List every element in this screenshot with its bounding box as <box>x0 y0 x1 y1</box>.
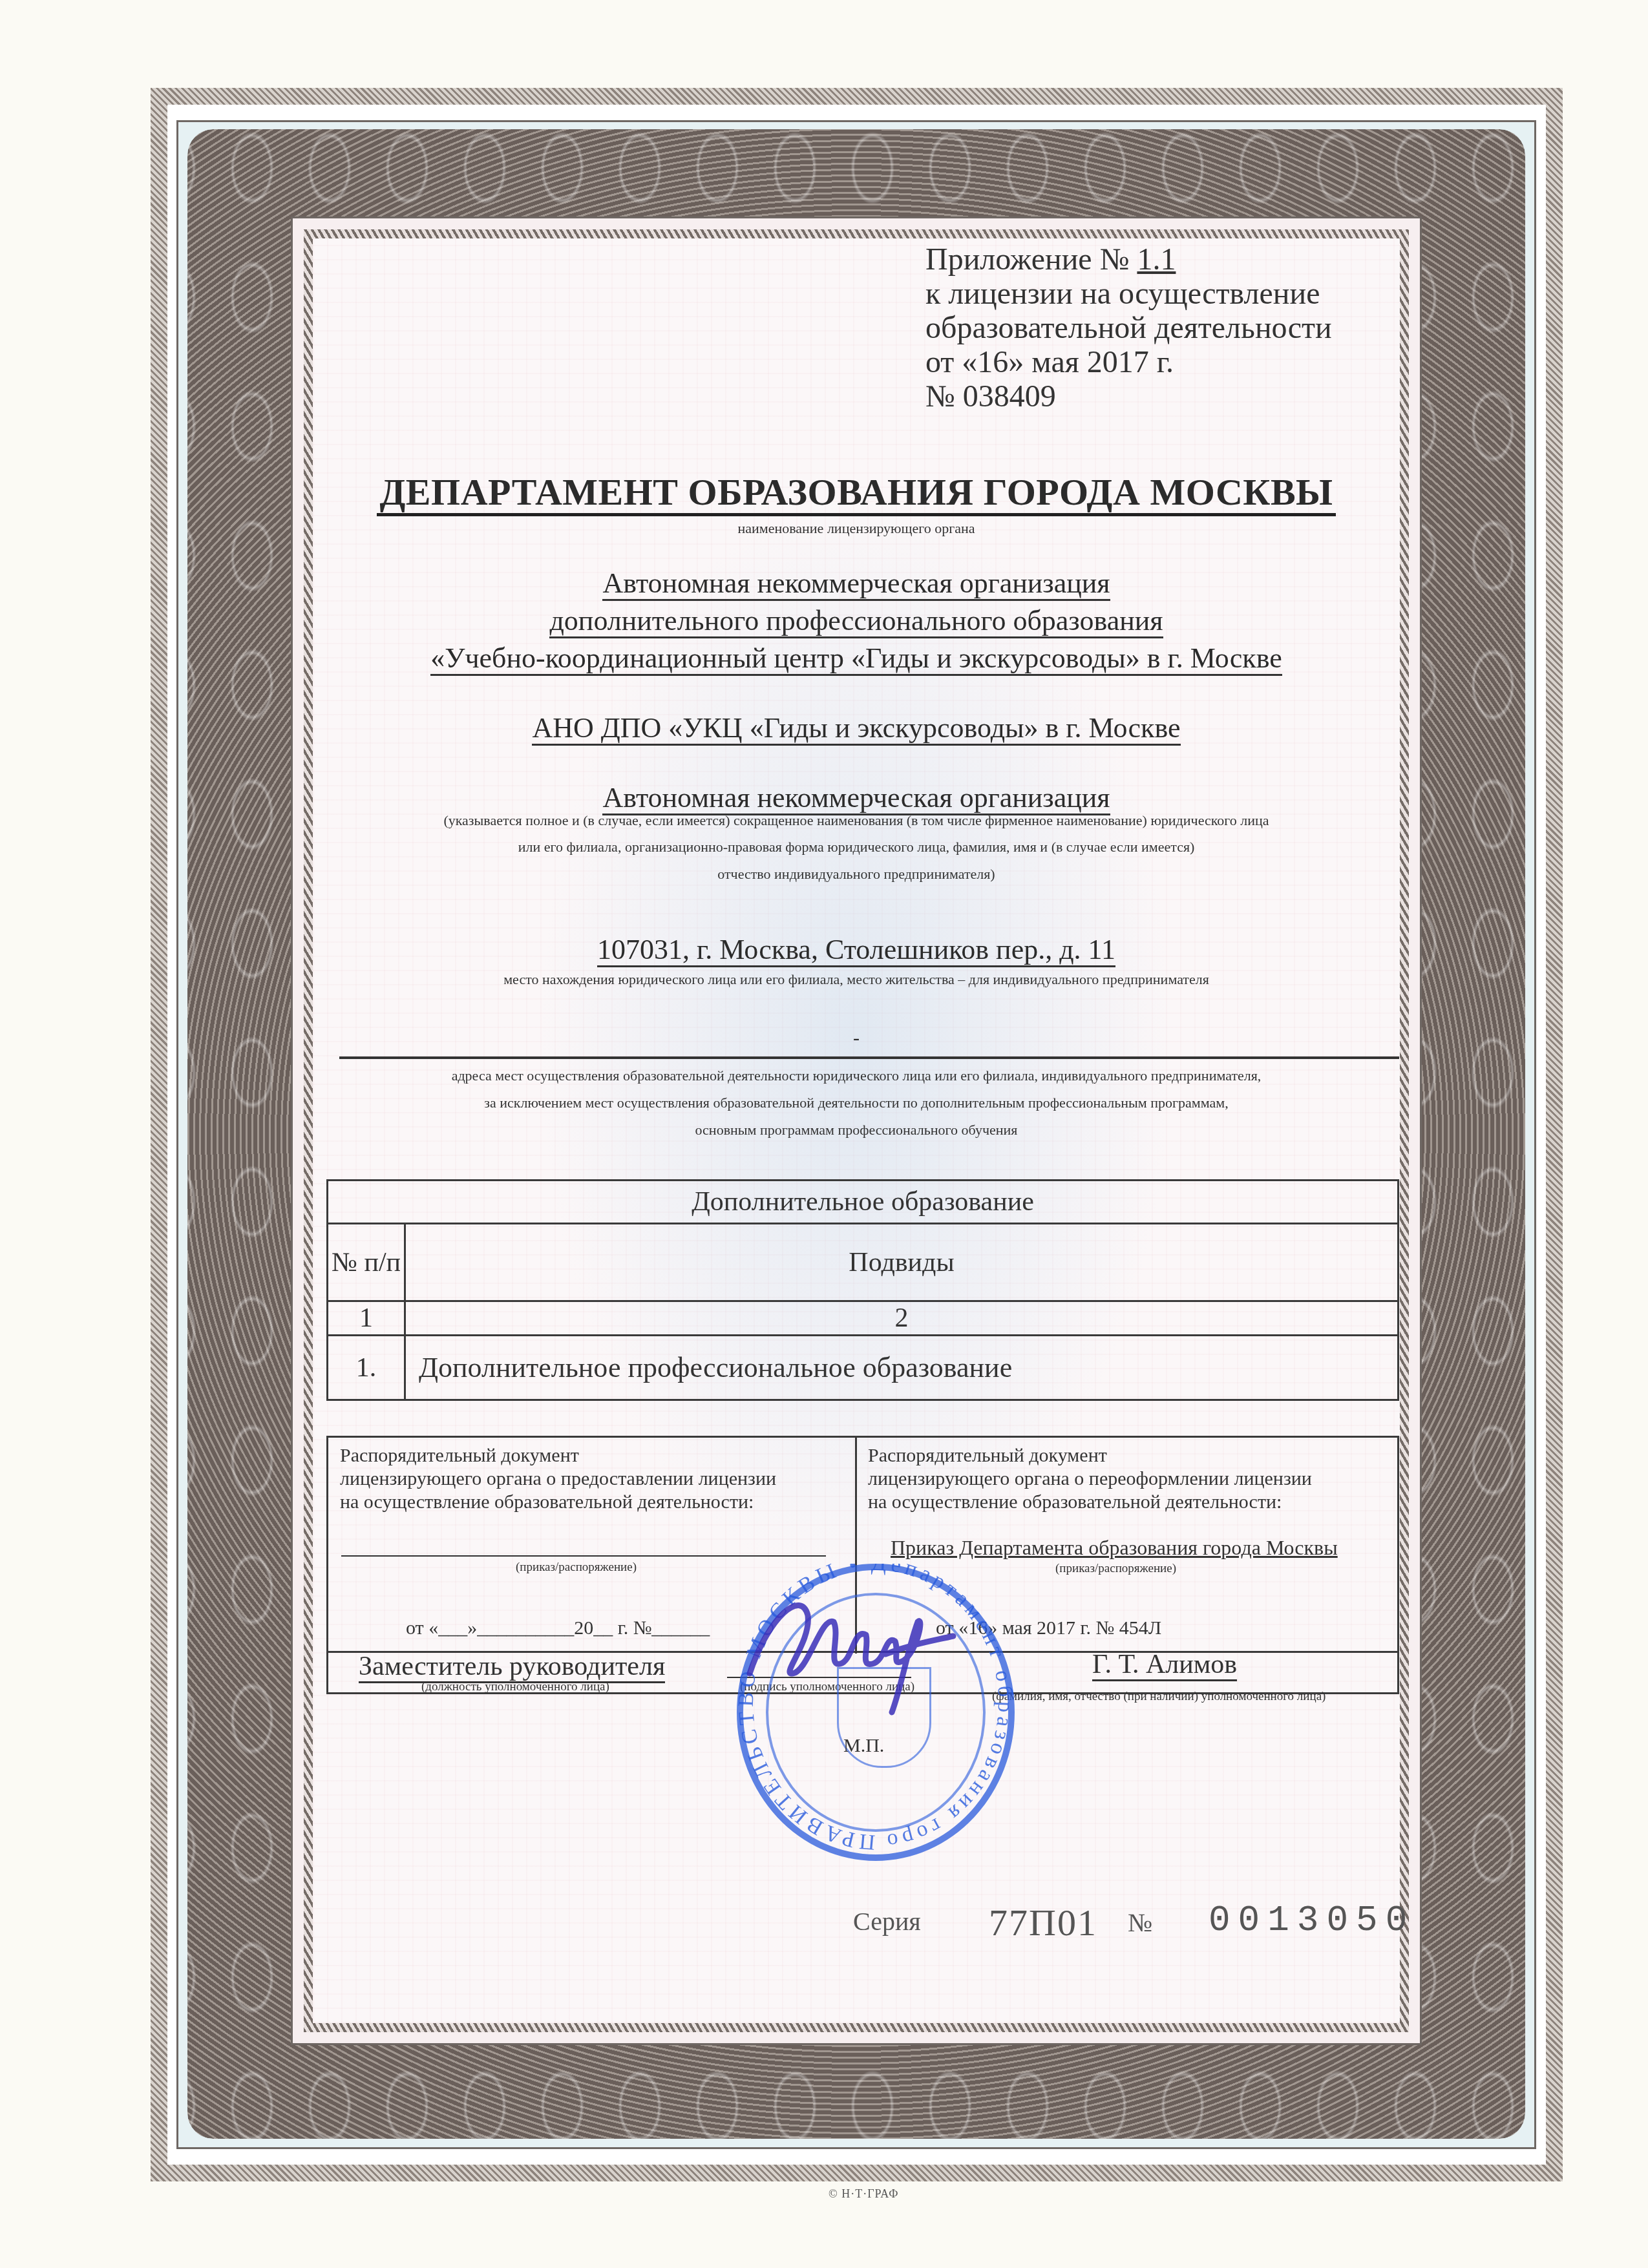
activity-caption-line: основным программам профессионального об… <box>313 1122 1400 1139</box>
title-line: лицензирующего органа о предоставлении л… <box>340 1467 776 1491</box>
org-address-text: 107031, г. Москва, Столешников пер., д. … <box>597 934 1115 967</box>
table-row: 1. Дополнительное профессиональное образ… <box>328 1336 1399 1400</box>
authority-caption: наименование лицензирующего органа <box>313 520 1400 537</box>
licensing-authority: ДЕПАРТАМЕНТ ОБРАЗОВАНИЯ ГОРОДА МОСКВЫ <box>313 470 1400 514</box>
appendix-line: к лицензии на осуществление <box>925 277 1332 311</box>
number-label: № <box>1128 1907 1152 1938</box>
handwritten-signature-icon <box>730 1577 963 1719</box>
appendix-number: 1.1 <box>1137 242 1176 277</box>
activity-caption-line: адреса мест осуществления образовательно… <box>313 1067 1400 1084</box>
series-label: Серия <box>853 1906 921 1937</box>
org-caption-line: или его филиала, организационно-правовая… <box>313 839 1400 856</box>
col-number-header: № п/п <box>328 1224 405 1301</box>
org-full-name-line-2: дополнительного профессионального образо… <box>313 605 1400 637</box>
reissue-order-title: Распорядительный документ лицензирующего… <box>868 1444 1312 1514</box>
name-caption: (фамилия, имя, отчество (при наличии) уп… <box>992 1690 1326 1704</box>
appendix-label: Приложение № <box>925 242 1137 277</box>
address-caption: место нахождения юридического лица или е… <box>313 971 1400 988</box>
reissue-order-value: Приказ Департамента образования города М… <box>891 1536 1338 1560</box>
position-caption: (должность уполномоченного лица) <box>421 1680 609 1694</box>
title-line: лицензирующего органа о переоформлении л… <box>868 1467 1312 1491</box>
printer-mark: © Н·Т·ГРАФ <box>829 2187 898 2201</box>
appendix-header: Приложение № 1.1 к лицензии на осуществл… <box>925 242 1332 414</box>
row-subtype: Дополнительное профессиональное образова… <box>405 1336 1399 1400</box>
number-label-text: № <box>1128 1908 1152 1937</box>
column-number: 2 <box>405 1301 1399 1336</box>
grant-order-date: от «___»__________20__ г. №______ <box>406 1617 710 1639</box>
col-subtypes-header: Подвиды <box>405 1224 1399 1301</box>
appendix-line: образовательной деятельности <box>925 311 1332 345</box>
org-legal-form-text: Автономная некоммерческая организация <box>602 782 1110 815</box>
org-name-text: «Учебно-координационный центр «Гиды и эк… <box>430 642 1282 676</box>
title-line: Распорядительный документ <box>340 1444 776 1467</box>
title-line: на осуществление образовательной деятель… <box>340 1491 776 1514</box>
table-header-row: № п/п Подвиды <box>328 1224 1399 1301</box>
series-value-text: 77П01 <box>989 1902 1097 1944</box>
org-short-name: АНО ДПО «УКЦ «Гиды и экскурсоводы» в г. … <box>313 712 1400 744</box>
activity-addresses-value: - <box>313 1027 1400 1049</box>
signatory-position: Заместитель руководителя <box>359 1651 665 1682</box>
table-title: Дополнительное образование <box>328 1181 1399 1224</box>
activity-caption-line: за исключением мест осуществления образо… <box>313 1095 1400 1111</box>
org-legal-form: Автономная некоммерческая организация <box>313 782 1400 814</box>
title-line: Распорядительный документ <box>868 1444 1312 1467</box>
column-number: 1 <box>328 1301 405 1336</box>
org-short-name-text: АНО ДПО «УКЦ «Гиды и экскурсоводы» в г. … <box>532 712 1180 746</box>
grant-order-caption: (приказ/распоряжение) <box>516 1560 637 1575</box>
activity-addresses-rule <box>339 1056 1399 1059</box>
org-name-text: Автономная некоммерческая организация <box>602 567 1110 601</box>
authority-name: ДЕПАРТАМЕНТ ОБРАЗОВАНИЯ ГОРОДА МОСКВЫ <box>377 471 1335 516</box>
title-line: на осуществление образовательной деятель… <box>868 1491 1312 1514</box>
blank-number: 0013050 <box>1209 1900 1415 1941</box>
org-caption-line: отчество индивидуального предпринимателя… <box>313 866 1400 883</box>
name-text: Г. Т. Алимов <box>1092 1650 1237 1681</box>
blank-number-text: 0013050 <box>1209 1900 1415 1941</box>
education-types-table: Дополнительное образование № п/п Подвиды… <box>326 1179 1399 1401</box>
org-address: 107031, г. Москва, Столешников пер., д. … <box>313 934 1400 966</box>
series-value: 77П01 <box>989 1901 1097 1944</box>
org-full-name-line-1: Автономная некоммерческая организация <box>313 567 1400 600</box>
org-full-name-line-3: «Учебно-координационный центр «Гиды и эк… <box>313 642 1400 675</box>
row-number: 1. <box>328 1336 405 1400</box>
seal-label: М.П. <box>843 1735 884 1757</box>
org-caption-line: (указывается полное и (в случае, если им… <box>313 812 1400 829</box>
appendix-date: от «16» мая 2017 г. <box>925 345 1332 379</box>
org-name-text: дополнительного профессионального образо… <box>549 605 1163 638</box>
grant-order-title: Распорядительный документ лицензирующего… <box>340 1444 776 1514</box>
grant-order-blank <box>341 1555 826 1557</box>
license-number: № 038409 <box>925 379 1332 414</box>
series-label-text: Серия <box>853 1907 921 1936</box>
table-column-numbers: 1 2 <box>328 1301 1399 1336</box>
reissue-order-caption: (приказ/распоряжение) <box>1055 1562 1176 1576</box>
signatory-name: Г. Т. Алимов <box>1092 1649 1237 1680</box>
position-text: Заместитель руководителя <box>359 1652 665 1683</box>
